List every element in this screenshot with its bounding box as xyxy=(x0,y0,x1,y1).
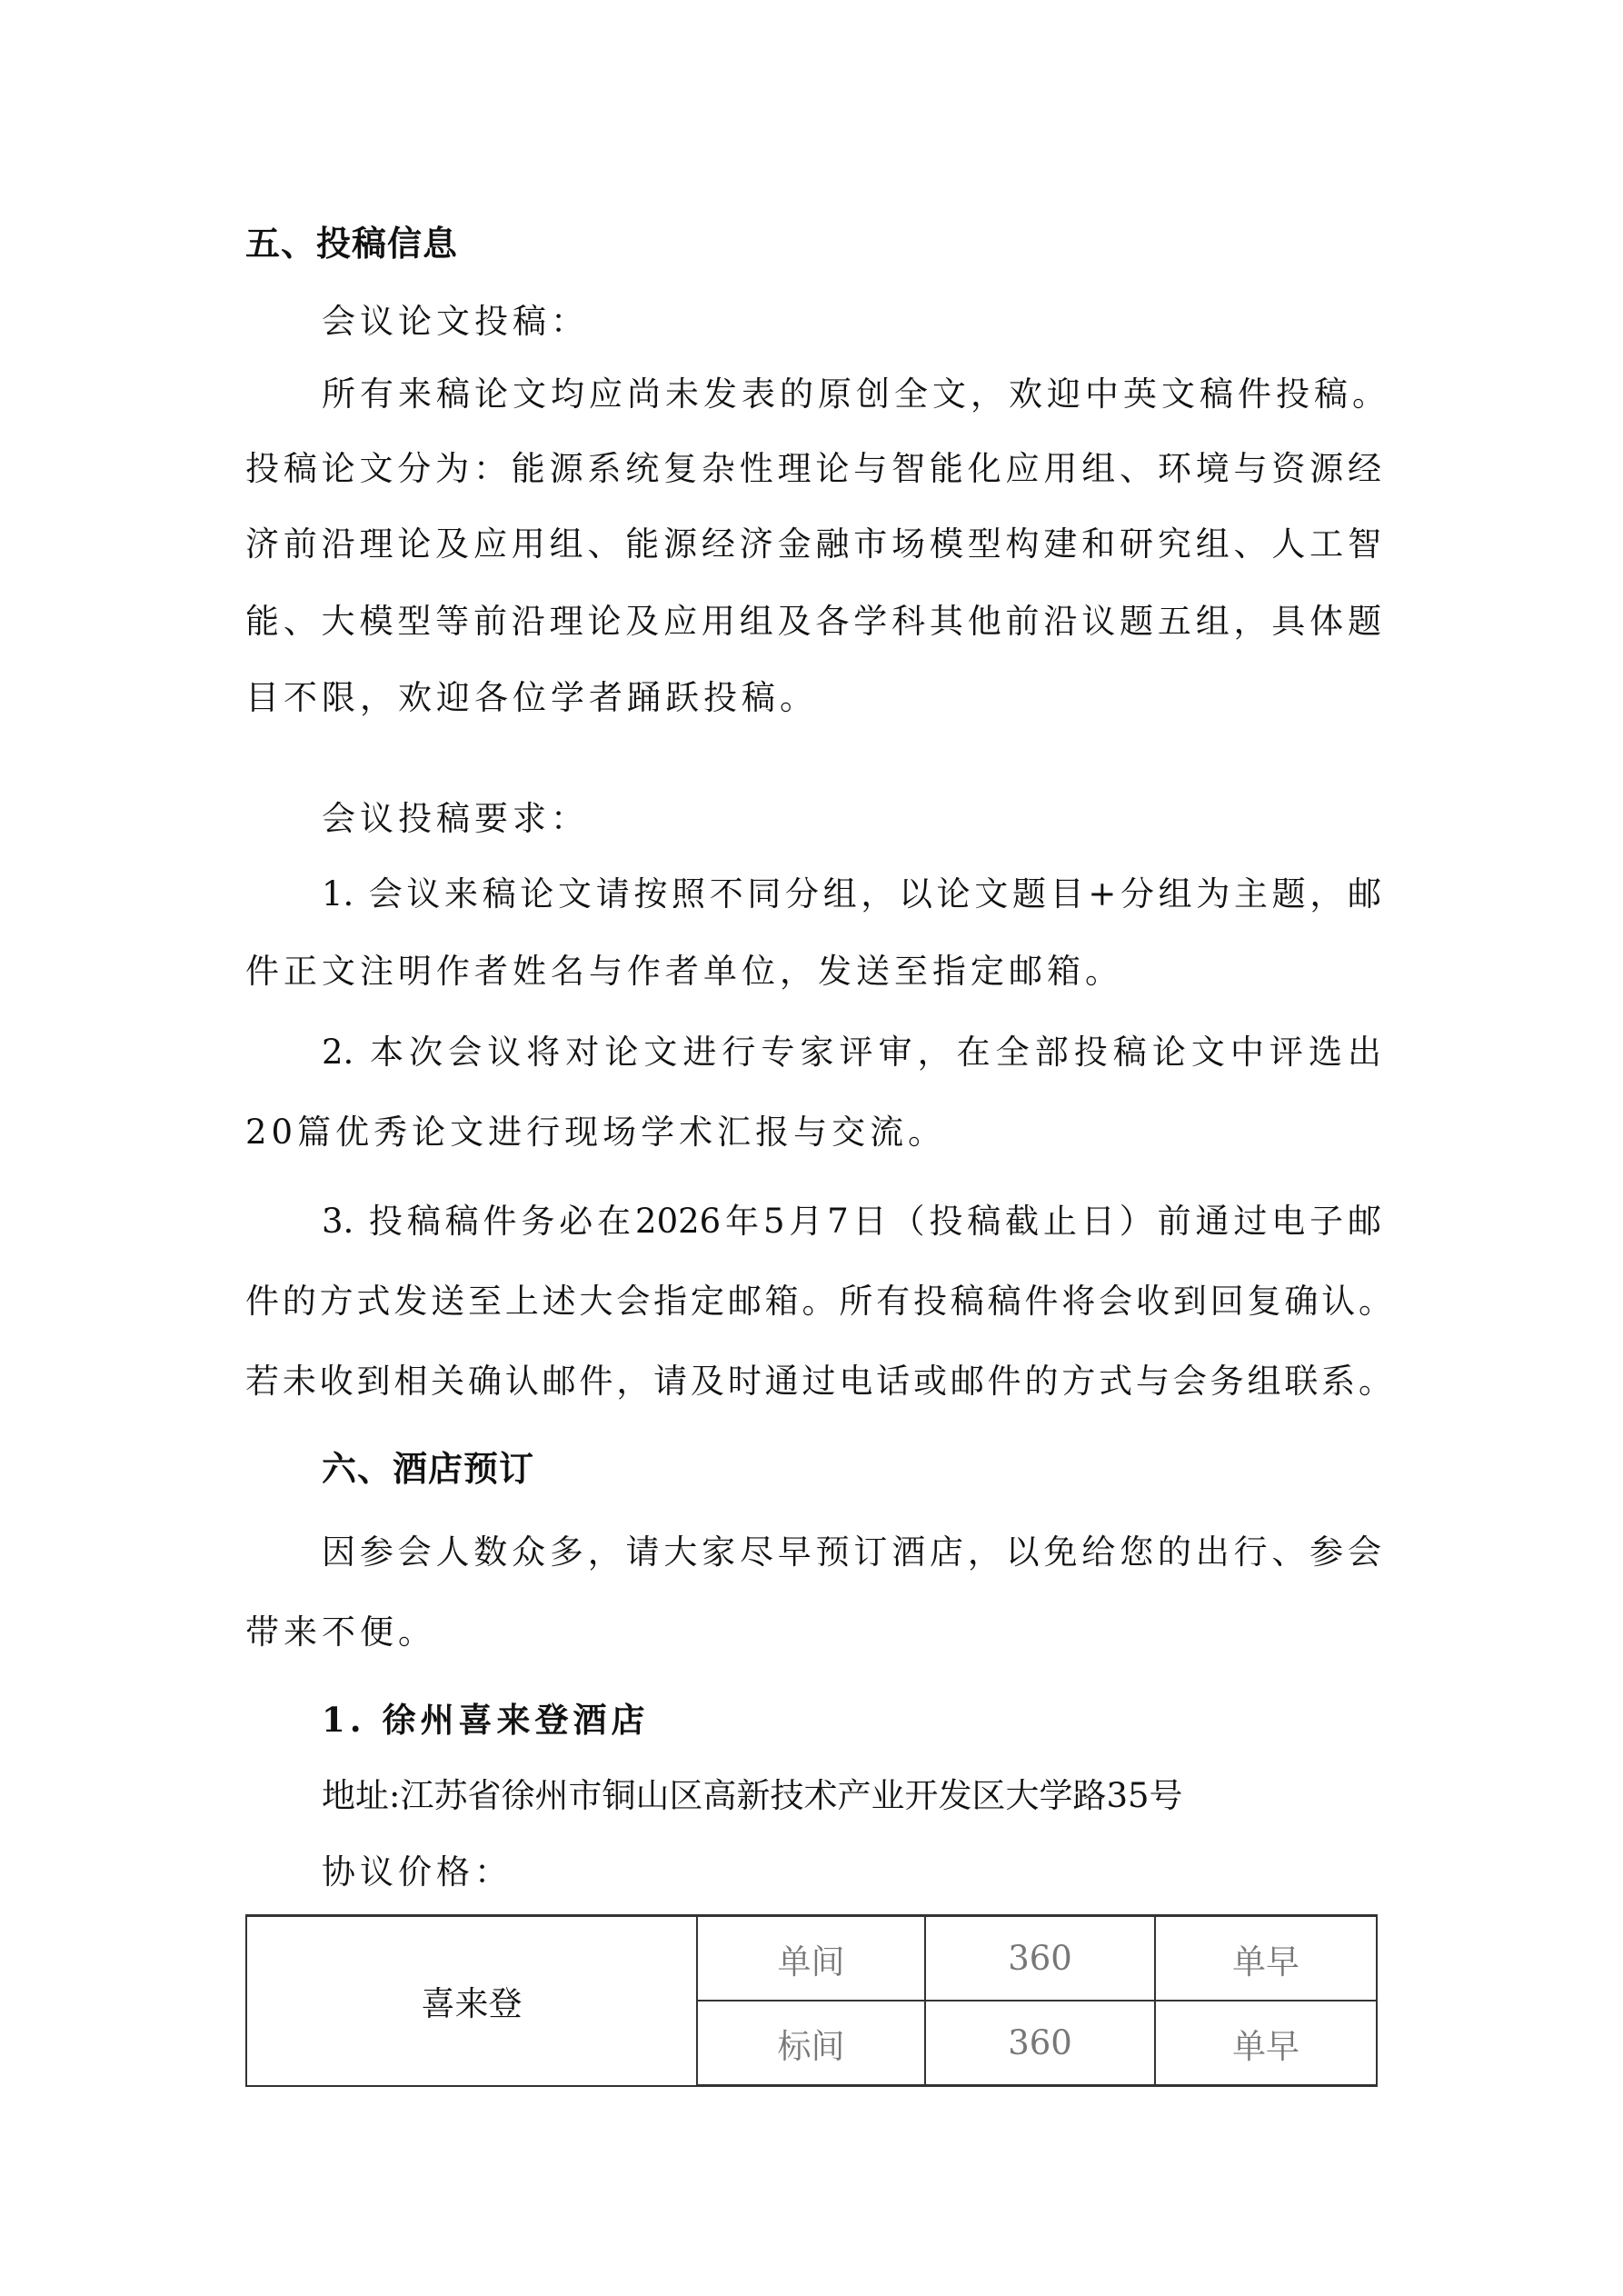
requirement-3-line: 3. 投稿稿件务必在2026年5月7日（投稿截止日）前通过电子邮 xyxy=(322,1200,1381,1243)
paragraph-line: 所有来稿论文均应尚未发表的原创全文，欢迎中英文稿件投稿。 xyxy=(322,373,1458,416)
section-heading-submission: 五、投稿信息 xyxy=(245,222,1381,265)
price-cell: 360 xyxy=(925,1916,1155,2002)
requirement-3-line: 件的方式发送至上述大会指定邮箱。所有投稿稿件将会收到回复确认。 xyxy=(245,1280,1392,1323)
hotel-name-cell: 喜来登 xyxy=(246,1916,697,2086)
room-type-cell: 单间 xyxy=(697,1916,925,2002)
price-cell: 360 xyxy=(925,2001,1155,2086)
paragraph-line: 济前沿理论及应用组、能源经济金融市场模型构建和研究组、人工智 xyxy=(245,523,1381,566)
paragraph-line: 目不限，欢迎各位学者踊跃投稿。 xyxy=(245,676,1381,720)
subheading-paper-submission: 会议论文投稿： xyxy=(322,300,1458,344)
price-table: 喜来登 单间 360 单早 标间 360 单早 xyxy=(245,1914,1378,2087)
room-type-cell: 标间 xyxy=(697,2001,925,2086)
requirement-1-line: 件正文注明作者姓名与作者单位，发送至指定邮箱。 xyxy=(245,950,1381,993)
hotel-intro-line: 因参会人数众多，请大家尽早预订酒店，以免给您的出行、参会 xyxy=(322,1531,1381,1574)
paragraph-line: 投稿论文分为：能源系统复杂性理论与智能化应用组、环境与资源经 xyxy=(245,447,1381,491)
breakfast-cell: 单早 xyxy=(1155,1916,1377,2002)
section-heading-hotel: 六、酒店预订 xyxy=(322,1447,1458,1491)
table-row: 喜来登 单间 360 单早 xyxy=(246,1916,1377,2002)
requirement-3-line: 若未收到相关确认邮件，请及时通过电话或邮件的方式与会务组联系。 xyxy=(245,1360,1392,1403)
document-page: 五、投稿信息 会议论文投稿： 所有来稿论文均应尚未发表的原创全文，欢迎中英文稿件… xyxy=(0,0,1623,2296)
requirement-2-line: 20篇优秀论文进行现场学术汇报与交流。 xyxy=(245,1111,1381,1154)
subheading-submission-requirements: 会议投稿要求： xyxy=(322,797,1458,841)
requirement-2-line: 2. 本次会议将对论文进行专家评审，在全部投稿论文中评选出 xyxy=(322,1031,1381,1074)
hotel-title: 1. 徐州喜来登酒店 xyxy=(322,1698,1458,1742)
breakfast-cell: 单早 xyxy=(1155,2001,1377,2086)
requirement-1-line: 1. 会议来稿论文请按照不同分组，以论文题目+分组为主题，邮 xyxy=(322,873,1381,916)
paragraph-line: 能、大模型等前沿理论及应用组及各学科其他前沿议题五组，具体题 xyxy=(245,600,1381,644)
hotel-address: 地址:江苏省徐州市铜山区高新技术产业开发区大学路35号 xyxy=(322,1774,1458,1818)
price-label: 协议价格： xyxy=(322,1851,1458,1894)
hotel-intro-line: 带来不便。 xyxy=(245,1611,1381,1654)
